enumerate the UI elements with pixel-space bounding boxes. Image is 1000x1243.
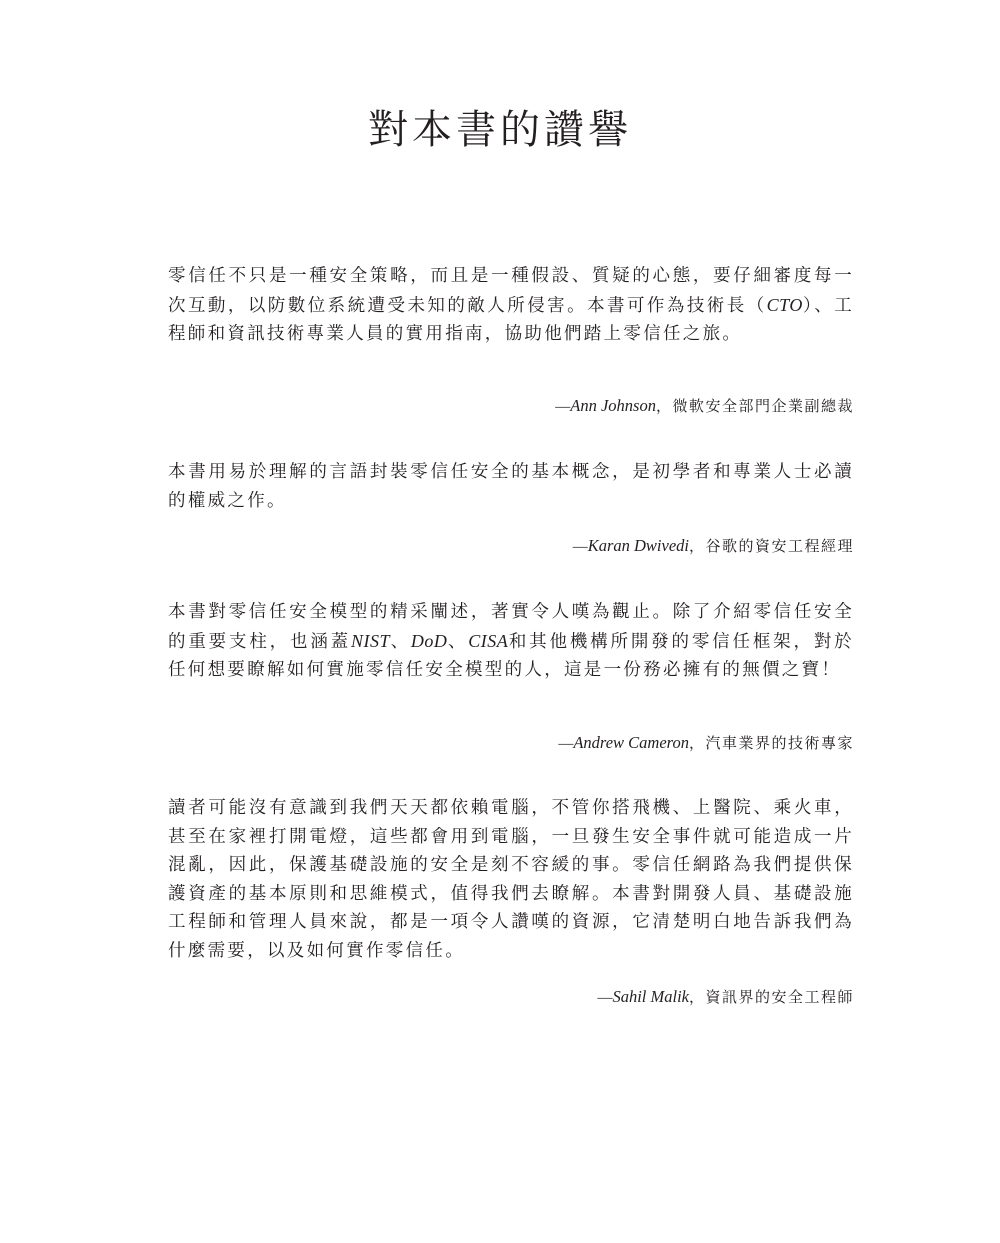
author-name: Andrew Cameron <box>573 733 689 752</box>
quote-block-ann-johnson: 零信任不只是一種安全策略，而且是一種假設、質疑的心態，要仔細審度每一次互動，以防… <box>168 262 854 349</box>
attribution-sahil-malik: —Sahil Malik，資訊界的安全工程師 <box>597 987 854 1008</box>
page-title: 對本書的讚譽 <box>0 104 1000 156</box>
author-role: ，微軟安全部門企業副總裁 <box>656 397 854 415</box>
quote-text: 零信任不只是一種安全策略，而且是一種假設、質疑的心態，要仔細審度每一次互動，以防… <box>168 262 854 349</box>
author-name: Ann Johnson <box>570 396 656 415</box>
quote-text: 讀者可能沒有意識到我們天天都依賴電腦，不管你搭飛機、上醫院、乘火車，甚至在家裡打… <box>168 794 854 966</box>
quote-block-sahil-malik: 讀者可能沒有意識到我們天天都依賴電腦，不管你搭飛機、上醫院、乘火車，甚至在家裡打… <box>168 794 854 966</box>
acronym: CISA <box>468 631 508 651</box>
attribution-karan-dwivedi: —Karan Dwivedi，谷歌的資安工程經理 <box>573 536 854 557</box>
em-dash: — <box>558 736 573 752</box>
em-dash: — <box>597 990 612 1006</box>
quote-text: 本書用易於理解的言語封裝零信任安全的基本概念，是初學者和專業人士必讀的權威之作。 <box>168 458 854 515</box>
author-role: ，資訊界的安全工程師 <box>689 988 854 1006</box>
attribution-andrew-cameron: —Andrew Cameron，汽車業界的技術專家 <box>558 733 854 754</box>
quote-block-andrew-cameron: 本書對零信任安全模型的精采闡述，著實令人嘆為觀止。除了介紹零信任安全的重要支柱，… <box>168 598 854 685</box>
em-dash: — <box>555 399 570 415</box>
quote-block-karan-dwivedi: 本書用易於理解的言語封裝零信任安全的基本概念，是初學者和專業人士必讀的權威之作。 <box>168 458 854 515</box>
author-role: ，谷歌的資安工程經理 <box>689 537 854 555</box>
acronym: NIST <box>351 631 390 651</box>
author-name: Karan Dwivedi <box>588 536 689 555</box>
em-dash: — <box>573 539 588 555</box>
acronym: DoD <box>411 631 448 651</box>
attribution-ann-johnson: —Ann Johnson，微軟安全部門企業副總裁 <box>555 396 854 417</box>
author-role: ，汽車業界的技術專家 <box>689 734 854 752</box>
quote-text: 本書對零信任安全模型的精采闡述，著實令人嘆為觀止。除了介紹零信任安全的重要支柱，… <box>168 598 854 685</box>
acronym: CTO <box>767 295 803 315</box>
author-name: Sahil Malik <box>612 987 689 1006</box>
